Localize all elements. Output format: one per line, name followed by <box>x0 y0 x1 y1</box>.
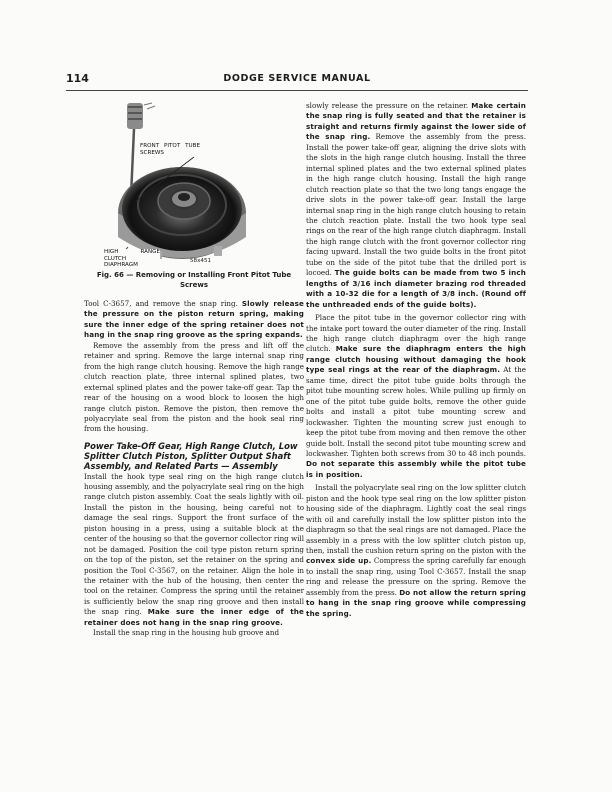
callout-front-pitot-tube-screws: FRONT PITOT TUBE SCREWS <box>140 143 200 156</box>
warning-text: Make sure the diaphragm enters the high … <box>306 344 526 374</box>
callout-high-range-clutch-diaphragm: HIGH RANGE CLUTCH DIAPHRAGM <box>104 249 160 269</box>
paragraph: slowly release the pressure on the retai… <box>306 101 526 310</box>
right-column: slowly release the pressure on the retai… <box>306 101 526 619</box>
paragraph: Remove the assembly from the press and l… <box>84 341 304 435</box>
paragraph: Install the snap ring in the housing hub… <box>84 628 304 638</box>
paragraph: Install the hook type seal ring on the h… <box>84 472 304 629</box>
figure-caption: Fig. 66 — Removing or Installing Front P… <box>84 271 304 290</box>
warning-text: The guide bolts can be made from two 5 i… <box>306 268 526 308</box>
paragraph: Tool C-3657, and remove the snap ring. S… <box>84 299 304 341</box>
left-column: FRONT PITOT TUBE SCREWS HIGH RANGE CLUTC… <box>84 101 304 639</box>
clutch-housing-photo <box>114 101 274 266</box>
warning-text: convex side up. <box>306 556 371 565</box>
warning-text: Do not separate this assembly while the … <box>306 459 526 478</box>
page-header: 114 DODGE SERVICE MANUAL <box>66 72 528 91</box>
section-heading: Power Take-Off Gear, High Range Clutch, … <box>84 441 304 472</box>
figure-id: 58x451 <box>190 256 211 266</box>
figure-66: FRONT PITOT TUBE SCREWS HIGH RANGE CLUTC… <box>84 101 304 266</box>
running-title: DODGE SERVICE MANUAL <box>66 73 528 84</box>
paragraph: Install the polyacrylate seal ring on th… <box>306 483 526 619</box>
paragraph: Place the pitot tube in the governor col… <box>306 313 526 480</box>
